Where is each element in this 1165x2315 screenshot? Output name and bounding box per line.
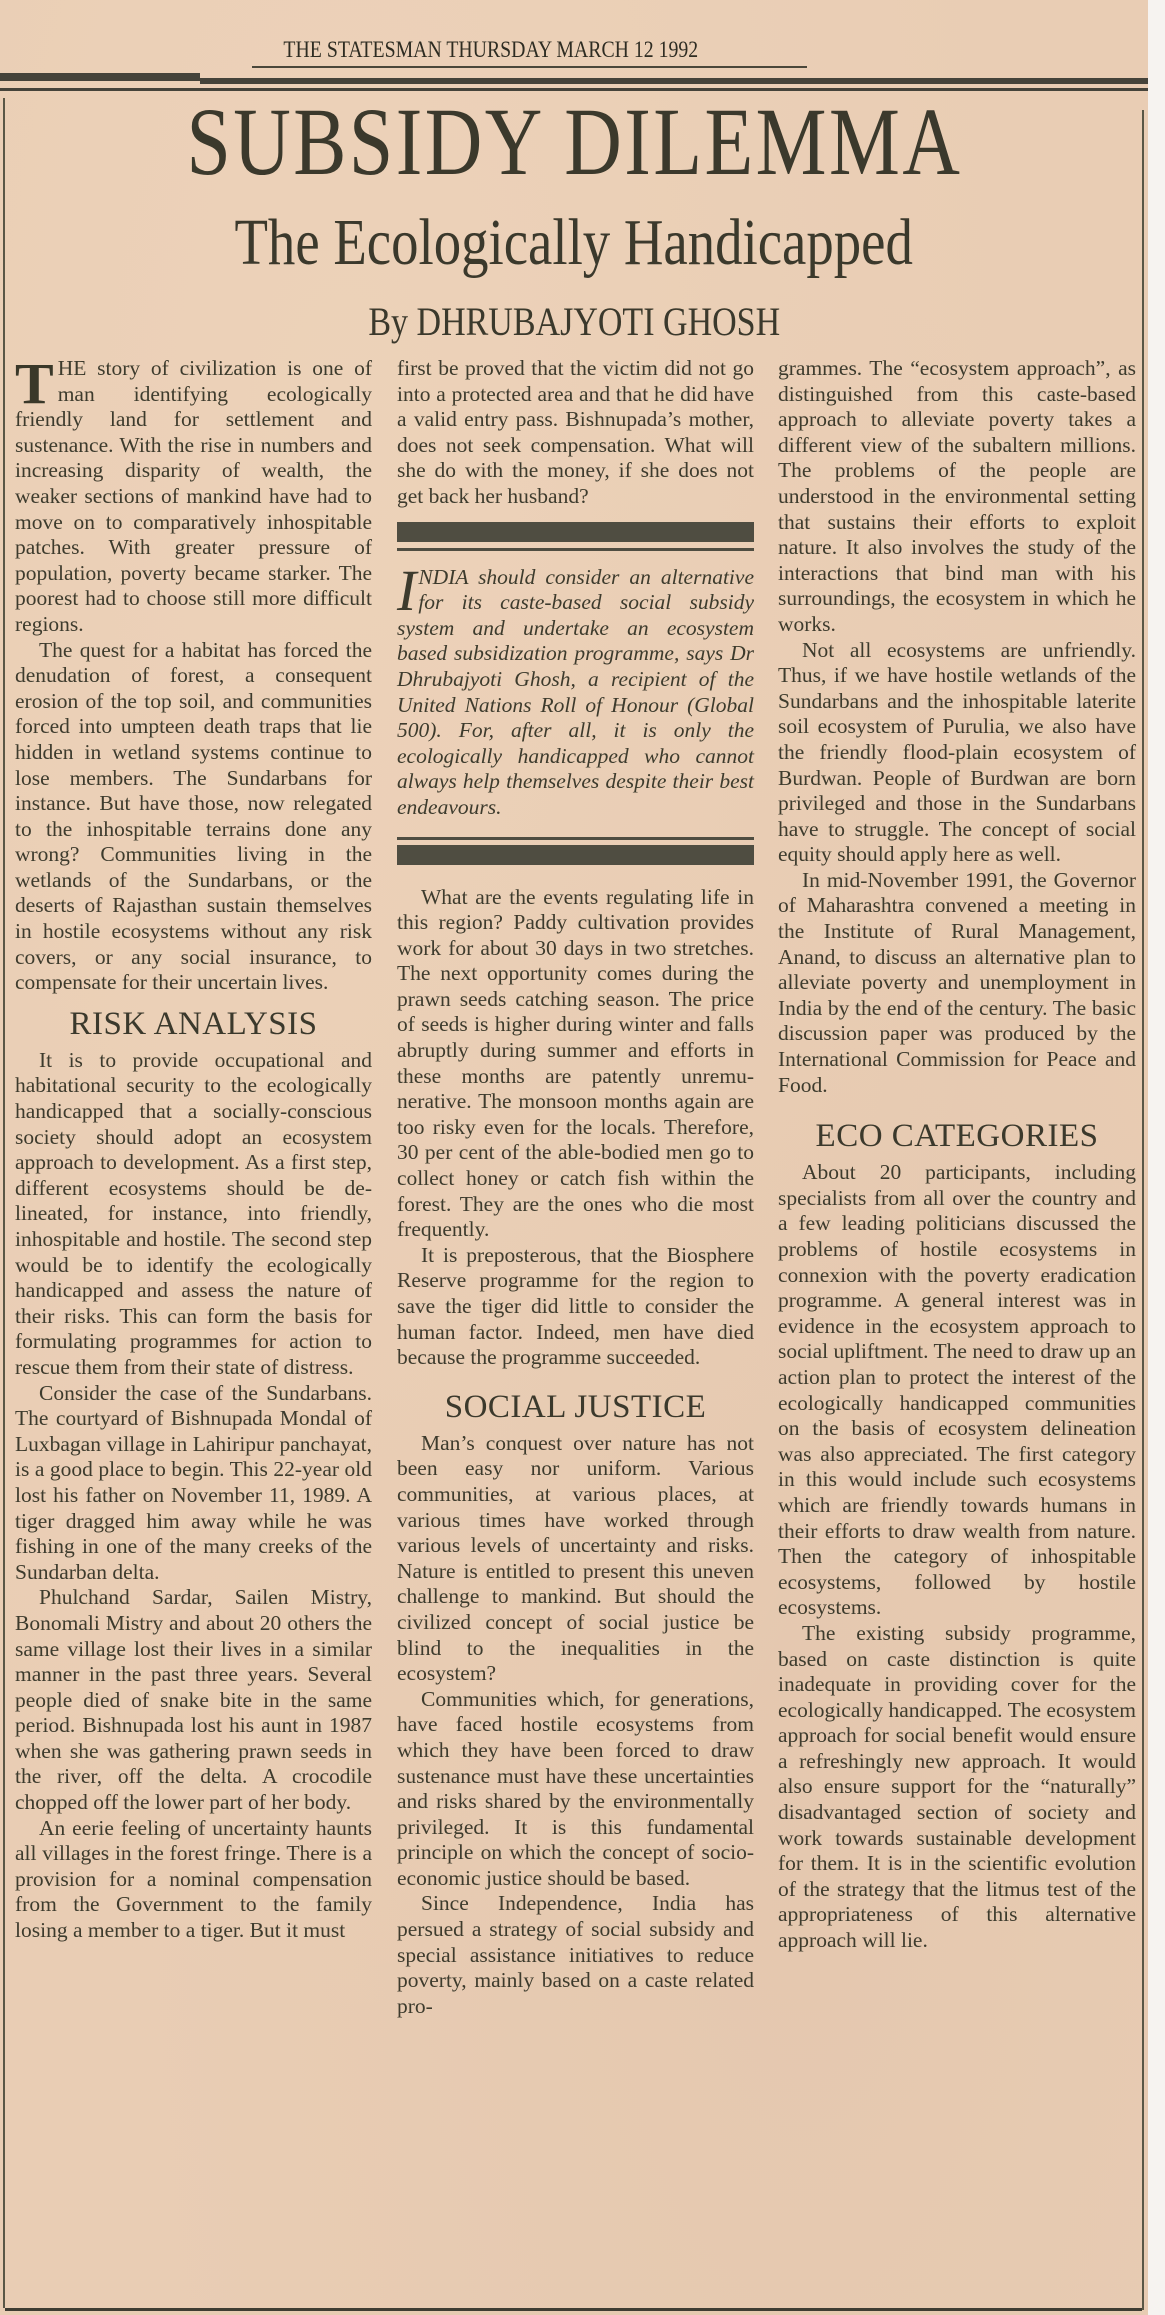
paragraph: Phulchand Sardar, Sailen Mis­try, Bonoma… [15, 1585, 372, 1815]
subtitle-text: The Ecologically Handicapped [235, 208, 913, 278]
paragraph: The quest for a habitat has forced the d… [15, 638, 372, 996]
paragraph-text: HE story of civilization is one of man i… [15, 356, 372, 636]
column-2: first be proved that the victim did not … [397, 356, 754, 2019]
section-heading-risk-analysis: RISK ANALYSIS [15, 1004, 372, 1044]
paragraph: In mid-November 1991, the Governor of Ma… [778, 868, 1136, 1098]
headline-text: SUBSIDY DILEMMA [186, 92, 962, 192]
section-heading-social-justice: SOCIAL JUSTICE [397, 1387, 754, 1427]
dateline-underline [252, 66, 807, 68]
article-border-right [1142, 110, 1144, 2310]
newspaper-clipping: THE STATESMAN THURSDAY MARCH 12 1992 SUB… [0, 0, 1148, 2315]
paragraph: grammes. The “ecosystem ap­proach”, as d… [778, 356, 1136, 638]
headline: SUBSIDY DILEMMA [0, 92, 1148, 192]
byline: By DHRUBAJYOTI GHOSH [0, 300, 1148, 344]
pullquote-bar-bottom [397, 845, 754, 865]
paragraph: first be proved that the victim did not … [397, 356, 754, 510]
paragraph: It is preposterous, that the Biosphere R… [397, 1243, 754, 1371]
paragraph: Not all ecosystems are un­friendly. Thus… [778, 638, 1136, 868]
pullquote-dropcap: I [397, 569, 416, 613]
paragraph: What are the events regulating life in t… [397, 885, 754, 1243]
paragraph: Consider the case of the Sun­darbans. Th… [15, 1381, 372, 1586]
article-border-left [3, 98, 5, 2308]
paragraph: Since Independence, India has persued a … [397, 1891, 754, 2019]
subtitle: The Ecologically Handicapped [0, 208, 1148, 278]
paragraph: It is to provide occupational and habita… [15, 1048, 372, 1381]
article-bottom-rule [5, 2308, 1142, 2311]
masthead-rule-right [200, 78, 1148, 84]
paragraph: The existing subsidy pro­gramme, based o… [778, 1621, 1136, 1954]
pullquote-text: NDIA should consider an al­ternative for… [397, 565, 754, 819]
dropcap: T [15, 361, 54, 407]
paragraph: Man’s conquest over nature has not been … [397, 1431, 754, 1687]
pullquote: INDIA should consider an al­ternative fo… [397, 565, 754, 821]
paragraph: Communities which, for gen­erations, hav… [397, 1687, 754, 1892]
section-heading-eco-categories: ECO CATEGORIES [778, 1116, 1136, 1156]
paragraph: An eerie feeling of uncertainty haunts a… [15, 1816, 372, 1944]
paragraph: THE story of civilization is one of man … [15, 356, 372, 638]
dateline: THE STATESMAN THURSDAY MARCH 12 1992 [250, 37, 732, 63]
byline-text: By DHRUBAJYOTI GHOSH [368, 300, 780, 344]
column-3: grammes. The “ecosystem ap­proach”, as d… [778, 356, 1136, 1954]
column-1: THE story of civilization is one of man … [15, 356, 372, 1944]
masthead-rule-left [0, 73, 200, 81]
pullquote-bar-top [397, 522, 754, 542]
paragraph: About 20 participants, includ­ing specia… [778, 1160, 1136, 1621]
